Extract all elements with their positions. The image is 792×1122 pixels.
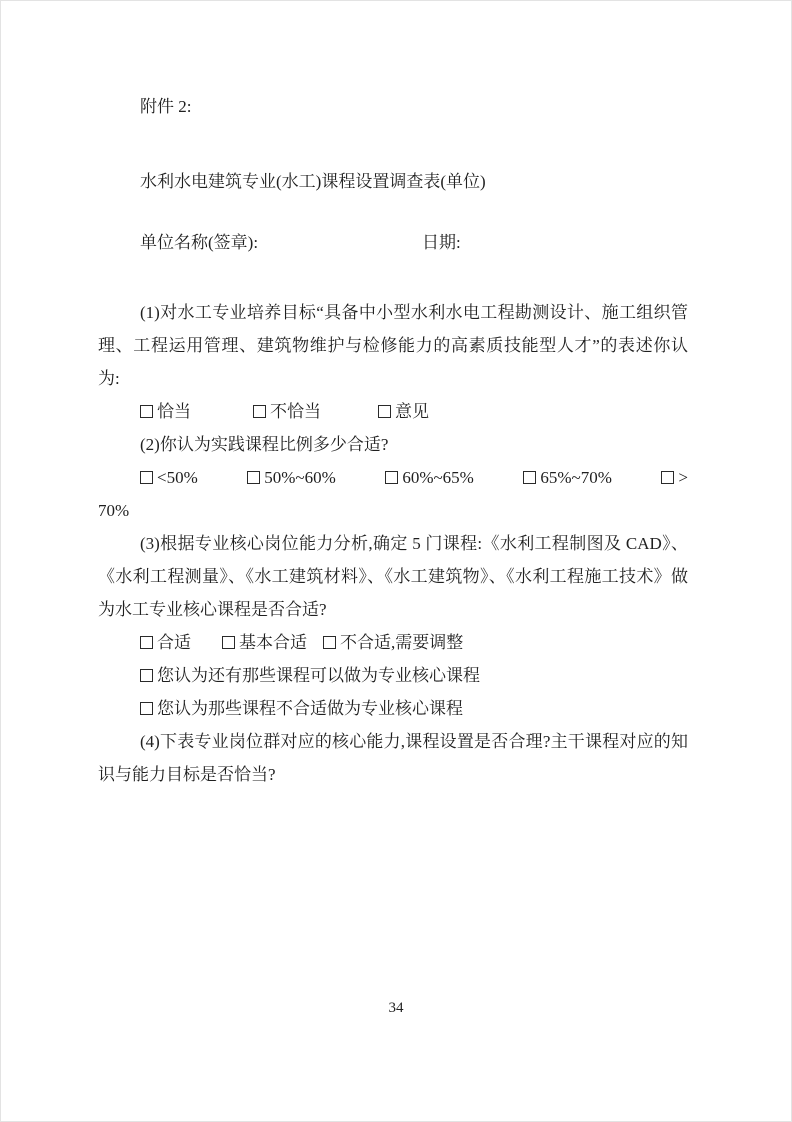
question-4-text: (4)下表专业岗位群对应的核心能力,课程设置是否合理?主干课程对应的知识与能力目… <box>98 725 688 791</box>
doc-title: 水利水电建筑专业(水工)课程设置调查表(单位) <box>98 165 688 198</box>
option-q3-needs-adjustment[interactable]: 不合适,需要调整 <box>323 626 463 659</box>
option-q3-suitable[interactable]: 合适 <box>140 626 191 659</box>
checkbox-icon[interactable] <box>140 405 153 418</box>
option-label: <50% <box>157 468 198 487</box>
checkbox-icon[interactable] <box>523 471 536 484</box>
option-q2-gt70[interactable]: > <box>661 461 688 494</box>
checkbox-icon[interactable] <box>323 636 336 649</box>
question-3-options: 合适基本合适不合适,需要调整 <box>98 626 688 659</box>
option-label: 合适 <box>157 633 191 652</box>
option-label: 您认为那些课程不合适做为专业核心课程 <box>157 699 463 718</box>
checkbox-icon[interactable] <box>385 471 398 484</box>
question-2-text: (2)你认为实践课程比例多少合适? <box>98 428 688 461</box>
page-number: 34 <box>1 996 791 1020</box>
checkbox-icon[interactable] <box>140 471 153 484</box>
option-label: 意见 <box>395 402 429 421</box>
unit-date-line: 单位名称(签章):日期: <box>98 226 688 259</box>
question-1-text: (1)对水工专业培养目标“具备中小型水利水电工程勘测设计、施工组织管理、工程运用… <box>98 296 688 395</box>
question-3-extra-option-remove: 您认为那些课程不合适做为专业核心课程 <box>98 692 688 725</box>
question-2-wrap-text: 70% <box>98 494 688 527</box>
option-label: > <box>678 468 688 487</box>
option-q1-opinion[interactable]: 意见 <box>378 395 429 428</box>
option-label: 65%~70% <box>540 468 612 487</box>
checkbox-icon[interactable] <box>247 471 260 484</box>
option-label: 恰当 <box>157 402 191 421</box>
question-2-options: <50% 50%~60% 60%~65% 65%~70% > <box>98 461 688 494</box>
document-page: 附件 2: 水利水电建筑专业(水工)课程设置调查表(单位) 单位名称(签章):日… <box>0 0 792 1122</box>
question-3-text: (3)根据专业核心岗位能力分析,确定 5 门课程:《水利工程制图及 CAD》、《… <box>98 527 688 626</box>
option-q2-50-60[interactable]: 50%~60% <box>247 461 336 494</box>
option-label: 60%~65% <box>402 468 474 487</box>
option-q3-basically-suitable[interactable]: 基本合适 <box>222 626 307 659</box>
checkbox-icon[interactable] <box>140 702 153 715</box>
date-label: 日期: <box>422 233 461 252</box>
option-q2-lt50[interactable]: <50% <box>140 461 198 494</box>
question-1-options: 恰当不恰当意见 <box>98 395 688 428</box>
checkbox-icon[interactable] <box>253 405 266 418</box>
checkbox-icon[interactable] <box>222 636 235 649</box>
checkbox-icon[interactable] <box>378 405 391 418</box>
unit-name-label: 单位名称(签章): <box>140 233 258 252</box>
checkbox-icon[interactable] <box>140 636 153 649</box>
option-q1-appropriate[interactable]: 恰当 <box>140 395 191 428</box>
checkbox-icon[interactable] <box>140 669 153 682</box>
option-q3-unsuitable-courses[interactable]: 您认为那些课程不合适做为专业核心课程 <box>140 692 463 725</box>
option-q1-not-appropriate[interactable]: 不恰当 <box>253 395 321 428</box>
option-label: 基本合适 <box>239 633 307 652</box>
option-label: 50%~60% <box>264 468 336 487</box>
option-label: 您认为还有那些课程可以做为专业核心课程 <box>157 666 480 685</box>
option-label: 不合适,需要调整 <box>340 633 463 652</box>
option-label: 不恰当 <box>270 402 321 421</box>
checkbox-icon[interactable] <box>661 471 674 484</box>
option-q3-other-core-courses[interactable]: 您认为还有那些课程可以做为专业核心课程 <box>140 659 480 692</box>
option-q2-65-70[interactable]: 65%~70% <box>523 461 612 494</box>
attachment-label: 附件 2: <box>98 90 688 123</box>
question-3-extra-option-add: 您认为还有那些课程可以做为专业核心课程 <box>98 659 688 692</box>
option-q2-60-65[interactable]: 60%~65% <box>385 461 474 494</box>
